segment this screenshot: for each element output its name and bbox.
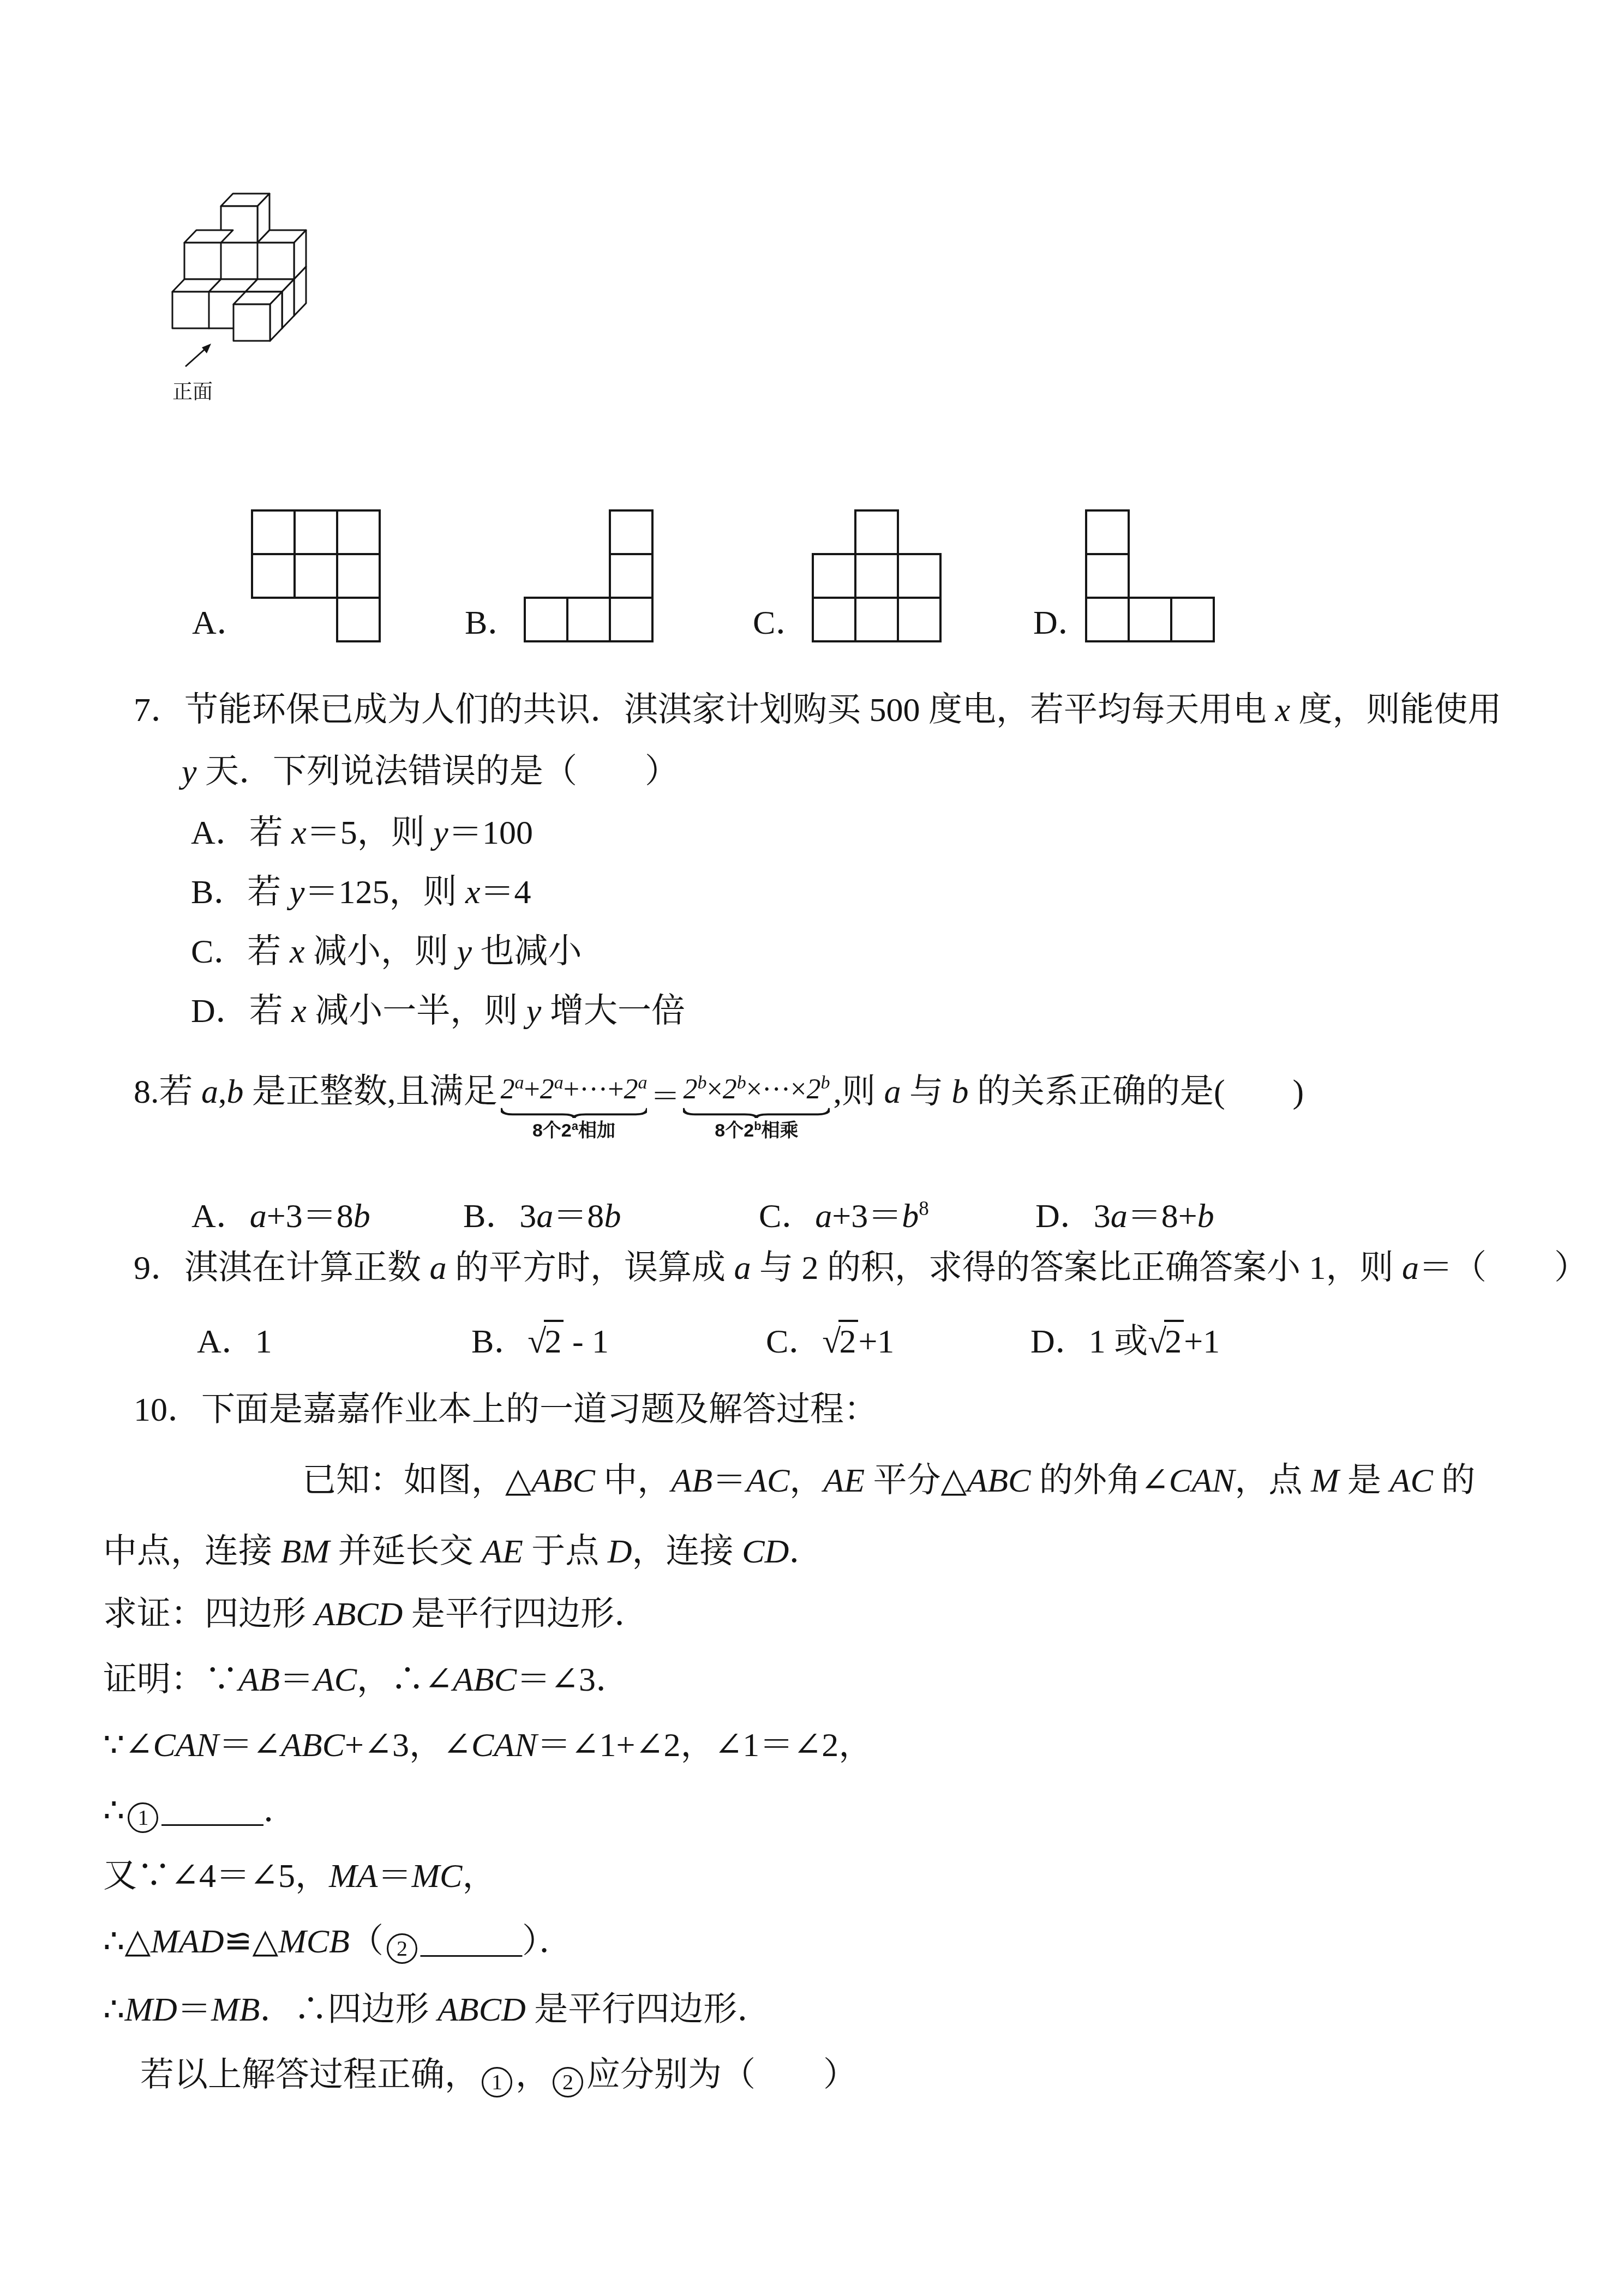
grid-cell [897,597,942,642]
q7-stem-line1: 7．节能环保已成为人们的共识．淇淇家计划购买 500 度电，若平均每天用电 x … [134,689,1502,731]
q9-option-a: A．1 [197,1321,272,1362]
superscript: 8 [919,1198,929,1220]
grid-cell [609,553,654,599]
q7-option-b-text: 若 y＝125，则 x＝4 [247,874,531,911]
view-option-grid-d [1085,509,1215,642]
q8-option-d-text: 3a＝8+b [1094,1198,1214,1235]
q9-option-c-label: C． [766,1321,822,1362]
view-option-grid-b [524,509,654,642]
q8-option-d-label: D． [1035,1195,1094,1237]
q10-proof-line3: 又∵∠4＝∠5，MA＝MC， [103,1855,496,1897]
q9-option-a-text: 1 [255,1323,272,1360]
grid-cell [812,597,856,642]
underbrace-label: 8个2a相加 [532,1119,615,1142]
grid-cell [1085,509,1130,555]
q10-given-line2: 中点，连接 BM 并延长交 AE 于点 D，连接 CD． [103,1531,823,1572]
front-view-arrow [185,344,211,366]
q10-given-line1: 已知：如图，△ABC 中，AB＝AC，AE 平分△ABC 的外角∠CAN，点 M… [302,1460,1475,1501]
view-option-label-c: C． [753,602,809,644]
q10-proof-blank1: ∴1______． [103,1790,297,1833]
square-root: √2 [822,1323,858,1360]
q9-option-c: C．√2+1 [766,1321,894,1362]
view-option-grid-c [812,509,942,642]
grid-cell [812,553,856,599]
underbrace [683,1107,830,1118]
q8-option-a: A．a+3＝8b [191,1195,370,1237]
grid-cell [293,553,338,599]
q7-option-c: C．若 x 减小，则 y 也减小 [191,931,582,972]
q9-option-b-label: B． [471,1321,528,1362]
view-option-grid-a [251,509,381,642]
q8-formula: 2a+2a+···+2a8个2a相加＝2b×2b×···×2b8个2b相乘 [498,1057,834,1142]
q8-option-a-label: A． [191,1195,250,1237]
grid-cell [293,509,338,555]
q7-option-b: B．若 y＝125，则 x＝4 [191,871,531,913]
q10-proof-blank2: ∴△MAD≌△MCB（2______）． [103,1921,573,1964]
q8-option-a-text: a+3＝8b [250,1198,370,1235]
q10-question-line: 若以上解答过程正确，1，2应分别为（ ） [140,2054,857,2097]
grid-cell [566,597,611,642]
q10-intro: 10．下面是嘉嘉作业本上的一道习题及解答过程： [134,1389,878,1431]
underbrace-label: 8个2b相乘 [715,1119,798,1142]
front-face-label: 正面 [172,381,213,404]
square-root: √2 [1148,1323,1184,1360]
formula-product-side: 2b×2b×···×2b8个2b相乘 [683,1057,830,1142]
q7-option-d-text: 若 x 减小一半，则 y 增大一倍 [249,993,685,1030]
q7-stem-line2: y 天．下列说法错误的是（ ） [182,751,679,792]
exam-page: 正面 A． B． C． D． 7．节能环保已成为人们的共识．淇淇家计划购买 50… [0,0,1624,2296]
q8-option-c-text: a+3＝b8 [815,1198,929,1235]
q7-option-a-label: A． [191,812,249,854]
formula-sum-side: 2a+2a+···+2a8个2a相加 [501,1057,648,1142]
view-option-label-b: B． [465,602,521,644]
q7-option-d: D．若 x 减小一半，则 y 增大一倍 [191,990,685,1032]
q7-option-c-label: C． [191,931,247,972]
grid-cell [524,597,568,642]
q8-stem: 8.若 a,b 是正整数,且满足 2a+2a+···+2a8个2a相加＝2b×2… [134,1057,1304,1142]
square-root: √2 [528,1323,564,1360]
q10-proof-line1: 证明：∵AB＝AC，∴∠ABC＝∠3． [103,1659,630,1700]
grid-cell [609,509,654,555]
circled-number: 1 [128,1802,158,1833]
formula-expression: 2a+2a+···+2a [501,1057,648,1106]
q9-option-b-text: √2 - 1 [528,1323,609,1360]
circled-number: 2 [553,2067,583,2097]
q10-prove-line: 求证：四边形 ABCD 是平行四边形． [103,1594,648,1635]
q8-option-b-text: 3a＝8b [519,1198,621,1235]
cube-stack-figure: 正面 [164,183,327,412]
grid-cell [897,553,942,599]
q8-option-b: B．3a＝8b [463,1195,621,1237]
grid-cell [1085,597,1130,642]
grid-cell [336,509,381,555]
grid-cell [854,553,899,599]
q8-stem-pre: 8.若 a,b 是正整数,且满足 [134,1057,498,1113]
grid-cell [1170,597,1215,642]
q9-stem: 9．淇淇在计算正数 a 的平方时，误算成 a 与 2 的积，求得的答案比正确答案… [134,1247,1588,1289]
q8-option-b-label: B． [463,1195,519,1237]
grid-cell [854,597,899,642]
grid-cell [251,509,296,555]
q9-option-d: D．1 或√2+1 [1030,1321,1220,1362]
grid-cell [251,553,296,599]
view-option-label-d: D． [1033,602,1092,644]
grid-cell [609,597,654,642]
underbrace [501,1107,648,1118]
q7-option-a: A．若 x＝5，则 y＝100 [191,812,533,854]
q10-proof-line4: ∴MD＝MB．∴四边形 ABCD 是平行四边形． [103,1989,771,2030]
q9-option-c-text: √2+1 [822,1323,894,1360]
q7-option-a-text: 若 x＝5，则 y＝100 [249,814,533,851]
q9-option-a-label: A． [197,1321,255,1362]
grid-cell [336,553,381,599]
circled-number: 1 [482,2067,512,2097]
q8-option-c: C．a+3＝b8 [759,1195,929,1237]
formula-expression: 2b×2b×···×2b [683,1057,830,1106]
q7-option-b-label: B． [191,871,247,913]
grid-cell [1128,597,1172,642]
q7-option-d-label: D． [191,990,249,1032]
grid-cell [336,597,381,642]
circled-number: 2 [387,1933,417,1964]
view-option-label-a: A． [192,602,250,644]
q10-proof-line2: ∵∠CAN＝∠ABC+∠3，∠CAN＝∠1+∠2，∠1＝∠2， [103,1724,872,1766]
q9-option-d-text: 1 或√2+1 [1089,1323,1220,1360]
q8-option-d: D．3a＝8+b [1035,1195,1214,1237]
q9-option-d-label: D． [1030,1321,1089,1362]
q8-option-c-label: C． [759,1195,815,1237]
q7-option-c-text: 若 x 减小，则 y 也减小 [247,933,582,970]
grid-cell [1085,553,1130,599]
q9-option-b: B．√2 - 1 [471,1321,609,1362]
q8-stem-post: ,则 a 与 b 的关系正确的是( ) [833,1057,1304,1113]
equals-sign: ＝ [650,1057,680,1115]
grid-cell [854,509,899,555]
